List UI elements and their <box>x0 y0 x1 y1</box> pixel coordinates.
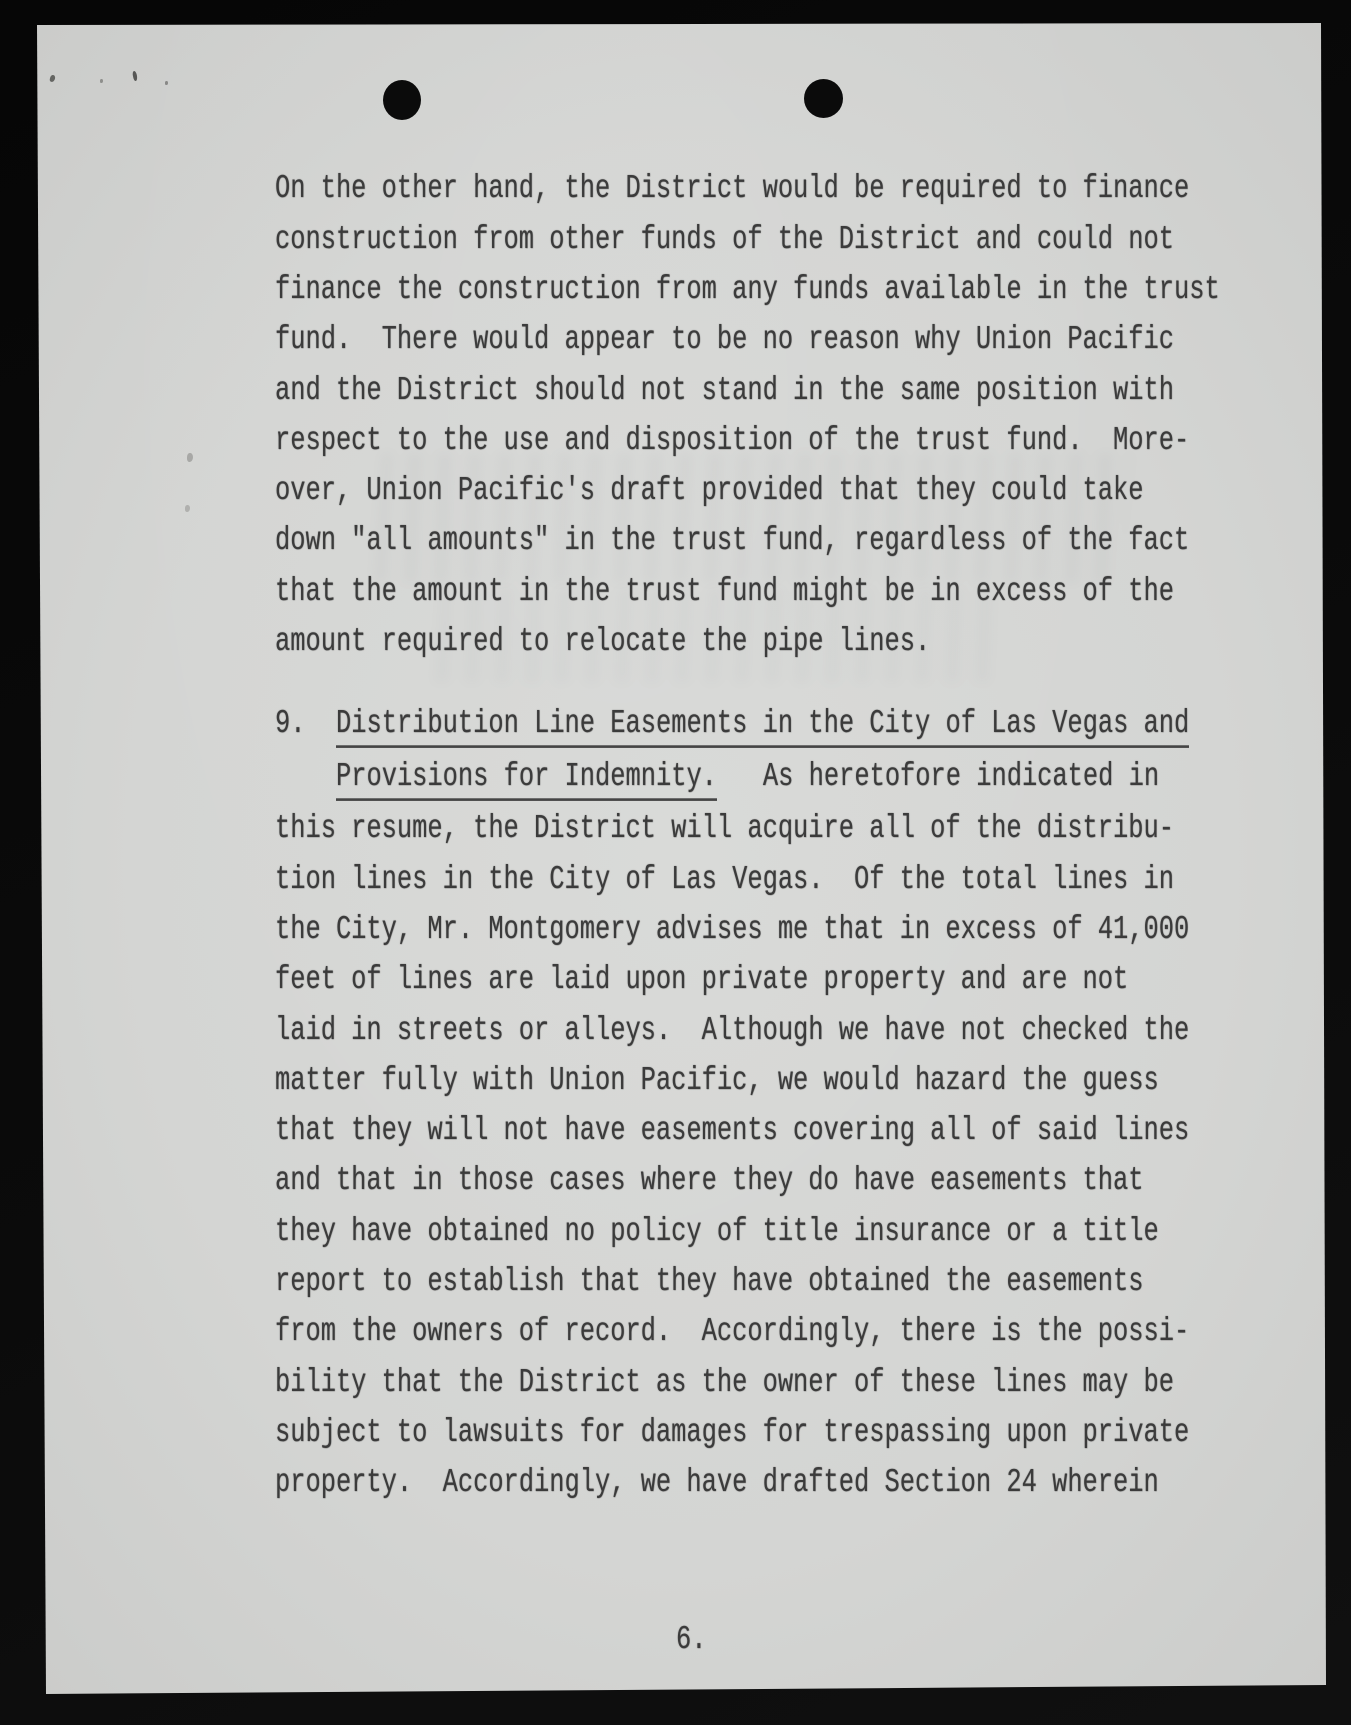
scan-background: On the other hand, the District would be… <box>0 0 1351 1725</box>
text-line: laid in streets or alleys. Although we h… <box>275 1014 1189 1048</box>
ink-speck <box>132 71 138 82</box>
text-line: over, Union Pacific's draft provided tha… <box>275 474 1144 508</box>
text-line: property. Accordingly, we have drafted S… <box>275 1466 1159 1500</box>
document-page: On the other hand, the District would be… <box>37 23 1327 1695</box>
section-heading-line-1: 9.Distribution Line Easements in the Cit… <box>275 707 1189 741</box>
ink-speck <box>49 74 56 82</box>
text-line: the City, Mr. Montgomery advises me that… <box>275 913 1189 947</box>
hole-punch-right <box>804 79 843 118</box>
text-line: construction from other funds of the Dis… <box>275 223 1174 257</box>
ink-speck <box>165 81 168 85</box>
text-line: fund. There would appear to be no reason… <box>275 323 1174 357</box>
text-line: matter fully with Union Pacific, we woul… <box>275 1064 1159 1098</box>
ink-speck <box>187 453 193 462</box>
section-heading-run-in-text: As heretofore indicated in <box>763 757 1159 795</box>
text-line: down "all amounts" in the trust fund, re… <box>275 524 1189 558</box>
text-line: bility that the District as the owner of… <box>275 1366 1174 1400</box>
text-line: that the amount in the trust fund might … <box>275 575 1174 609</box>
ink-speck <box>100 79 103 83</box>
hole-punch-left <box>383 80 421 120</box>
ink-speck <box>185 505 190 512</box>
text-line: and that in those cases where they do ha… <box>275 1164 1144 1198</box>
section-heading-underlined-2: Provisions for Indemnity. <box>336 757 717 801</box>
text-line: respect to the use and disposition of th… <box>275 424 1189 458</box>
text-line: from the owners of record. Accordingly, … <box>275 1315 1189 1349</box>
page-number: 6. <box>676 1623 706 1657</box>
text-line: and the District should not stand in the… <box>275 374 1174 408</box>
section-number: 9. <box>275 707 336 741</box>
section-heading-underlined-1: Distribution Line Easements in the City … <box>336 704 1189 748</box>
text-line: feet of lines are laid upon private prop… <box>275 963 1128 997</box>
text-line: tion lines in the City of Las Vegas. Of … <box>275 863 1174 897</box>
text-line: that they will not have easements coveri… <box>275 1114 1189 1148</box>
text-line: finance the construction from any funds … <box>275 273 1220 307</box>
text-line: this resume, the District will acquire a… <box>275 812 1174 846</box>
section-heading-line-2: Provisions for Indemnity.As heretofore i… <box>336 760 1159 794</box>
text-line: report to establish that they have obtai… <box>275 1265 1144 1299</box>
text-line: amount required to relocate the pipe lin… <box>275 625 930 659</box>
text-line: they have obtained no policy of title in… <box>275 1215 1159 1249</box>
text-line: On the other hand, the District would be… <box>275 172 1189 206</box>
text-line: subject to lawsuits for damages for tres… <box>275 1416 1189 1450</box>
